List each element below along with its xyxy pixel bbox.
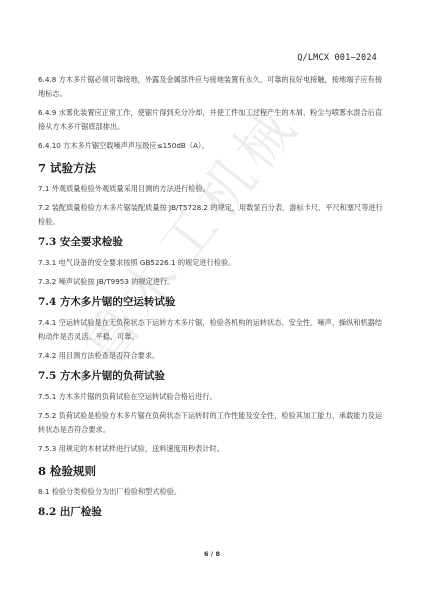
clause-7-5-1: 7.5.1 方木多片锯的负荷试验在空运转试验合格后进行。 <box>38 390 383 404</box>
clause-6-4-8: 6.4.8 方木多片锯必须可靠接地，外露及金属部件应与接地装置有永久、可靠的良好… <box>38 73 383 101</box>
section-heading-7-3: 7.3 安全要求检验 <box>38 235 383 250</box>
document-code: Q/LMCX 001—2024 <box>297 53 377 63</box>
page-number: 6 / 8 <box>0 550 424 558</box>
document-page: 鲁木工机械 Q/LMCX 001—2024 6.4.8 方木多片锯必须可靠接地，… <box>0 0 424 600</box>
section-heading-7-5: 7.5 方木多片锯的负荷试验 <box>38 369 383 384</box>
section-heading-7-4: 7.4 方木多片锯的空运转试验 <box>38 295 383 310</box>
clause-7-3-1: 7.3.1 电气设备的安全要求按照 GB5226.1 的规定进行检验。 <box>38 256 383 270</box>
clause-7-2: 7.2 装配质量检验方木多片锯装配质量按 JB/T5728.2 的规定，用数显百… <box>38 201 383 229</box>
section-heading-7: 7 试验方法 <box>38 160 383 176</box>
clause-7-4-2: 7.4.2 用目测方法检查是否符合要求。 <box>38 349 383 363</box>
clause-7-4-1: 7.4.1 空运转试验是在无负荷状态下运转方木多片锯，检验各机构的运转状态、安全… <box>38 316 383 344</box>
clause-7-1: 7.1 外观质量检验外观质量采用目测的方法进行检验。 <box>38 182 383 196</box>
clause-7-3-2: 7.3.2 噪声试验按 JB/T9953 的规定进行。 <box>38 275 383 289</box>
clause-7-5-2: 7.5.2 负荷试验是检验方木多片锯在负荷状态下运转时的工作性能及安全性，检验其… <box>38 409 383 437</box>
section-heading-8: 8 检验规则 <box>38 463 383 479</box>
clause-8-1: 8.1 检验分类检验分为出厂检验和型式检验。 <box>38 485 383 499</box>
clause-7-5-3: 7.5.3 用规定的木材试样进行试验，送料速度用秒表计时。 <box>38 442 383 456</box>
section-heading-8-2: 8.2 出厂检验 <box>38 505 383 520</box>
clause-6-4-9: 6.4.9 水雾化装置应正常工作，使锯片得到充分冷却，并使工件加工过程产生的木屑… <box>38 106 383 134</box>
clause-6-4-10: 6.4.10 方木多片锯空载噪声声压级应≤150dB（A）。 <box>38 139 383 153</box>
document-body: 6.4.8 方木多片锯必须可靠接地，外露及金属部件应与接地装置有永久、可靠的良好… <box>38 73 383 526</box>
